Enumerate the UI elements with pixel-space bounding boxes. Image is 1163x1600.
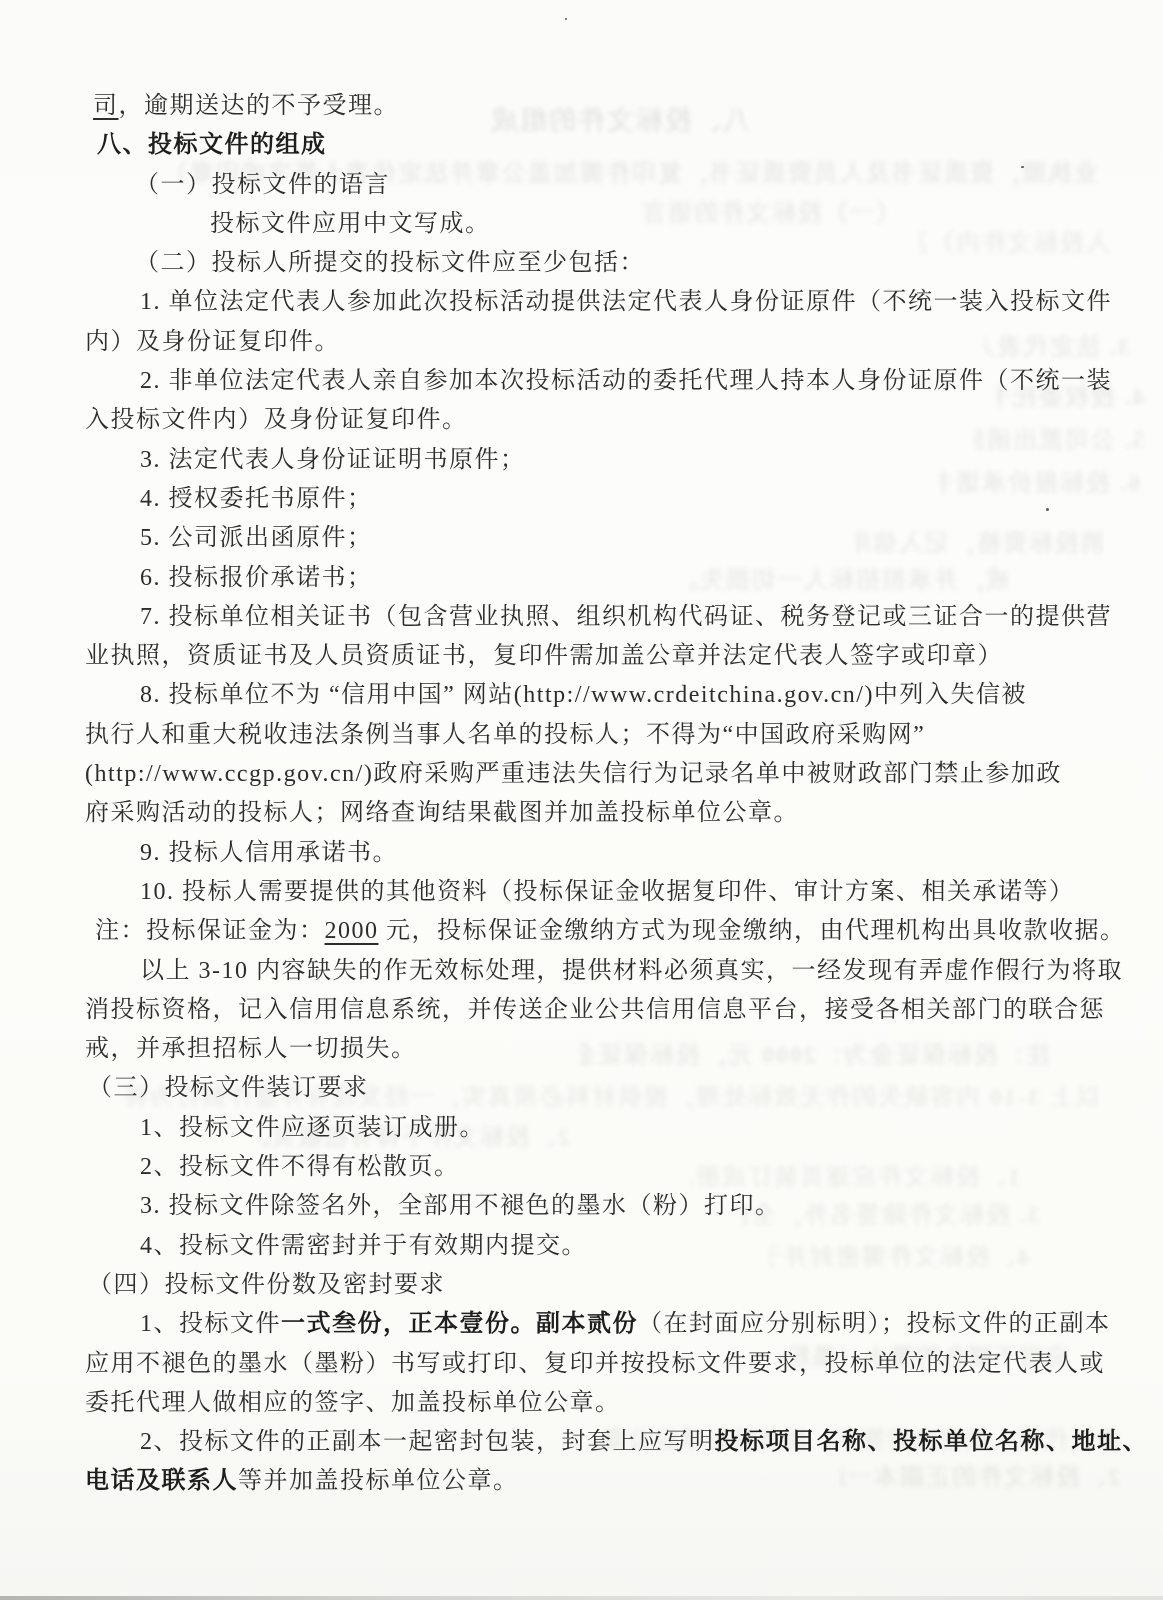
text-line-27: 1、投标文件应逐页装订成册。 <box>85 1109 1125 1148</box>
text-run: 10. 投标人需要提供的其他资料（投标保证金收据复印件、审计方案、相关承诺等） <box>140 879 1075 905</box>
text-line-30: 4、投标文件需密封并于有效期内提交。 <box>85 1227 1125 1266</box>
text-run: 4. 授权委托书原件； <box>140 486 373 512</box>
bold-text: 八、投标文件的组成 <box>97 132 327 158</box>
text-run: 注：投标保证金为： <box>95 918 325 944</box>
text-run: 等并加盖投标单位公章。 <box>238 1468 519 1494</box>
text-line-18: (http://www.ccgp.gov.cn/)政府采购严重违法失信行为记录名… <box>85 755 1125 794</box>
text-line-35: 2、投标文件的正副本一起密封包装，封套上应写明投标项目名称、投标单位名称、地址、 <box>85 1423 1125 1462</box>
text-run: ，逾期送达的不予受理。 <box>119 93 400 119</box>
text-line-3: （一）投标文件的语言 <box>85 166 1125 205</box>
text-line-13: 6. 投标报价承诺书； <box>85 559 1125 598</box>
scan-speck <box>1046 508 1049 511</box>
scan-speck <box>1021 166 1024 168</box>
text-line-29: 3. 投标文件除签名外，全部用不褪色的墨水（粉）打印。 <box>85 1187 1125 1226</box>
text-run: 消投标资格，记入信用信息系统，并传送企业公共信用信息平台，接受各相关部门的联合惩 <box>85 997 1105 1023</box>
document-content: 司，逾期送达的不予受理。八、投标文件的组成（一）投标文件的语言投标文件应用中文写… <box>85 87 1125 1502</box>
text-run: 2. 非单位法定代表人亲自参加本次投标活动的委托代理人持本人身份证原件（不统一装 <box>140 368 1112 394</box>
text-run: 业执照，资质证书及人员资质证书，复印件需加盖公章并法定代表人签字或印章） <box>85 643 1003 669</box>
text-run: 1. 单位法定代表人参加此次投标活动提供法定代表人身份证原件（不统一装入投标文件 <box>140 289 1112 315</box>
text-line-28: 2、投标文件不得有松散页。 <box>85 1148 1125 1187</box>
text-run: 投标文件应用中文写成。 <box>210 211 491 237</box>
text-run: 5. 公司派出函原件； <box>140 525 373 551</box>
text-run: 内）及身份证复印件。 <box>85 329 340 355</box>
text-line-8: 2. 非单位法定代表人亲自参加本次投标活动的委托代理人持本人身份证原件（不统一装 <box>85 362 1125 401</box>
text-run: 委托代理人做相应的签字、加盖投标单位公章。 <box>85 1390 621 1416</box>
text-line-19: 府采购活动的投标人；网络查询结果截图并加盖投标单位公章。 <box>85 794 1125 833</box>
text-line-16: 8. 投标单位不为 “信用中国” 网站(http://www.crdeitchi… <box>85 676 1125 715</box>
text-line-14: 7. 投标单位相关证书（包含营业执照、组织机构代码证、税务登记或三证合一的提供营 <box>85 598 1125 637</box>
text-line-10: 3. 法定代表人身份证证明书原件； <box>85 441 1125 480</box>
text-line-17: 执行人和重大税收违法条例当事人名单的投标人；不得为“中国政府采购网” <box>85 716 1125 755</box>
text-line-36: 电话及联系人等并加盖投标单位公章。 <box>85 1462 1125 1501</box>
text-line-4: 投标文件应用中文写成。 <box>85 205 1125 244</box>
text-run: 1、投标文件应逐页装订成册。 <box>140 1115 485 1141</box>
text-line-25: 戒，并承担招标人一切损失。 <box>85 1030 1125 1069</box>
text-run: 2、投标文件不得有松散页。 <box>140 1154 460 1180</box>
text-line-7: 内）及身份证复印件。 <box>85 323 1125 362</box>
text-run: 应用不褪色的墨水（墨粉）书写或打印、复印并按投标文件要求，投标单位的法定代表人或 <box>85 1351 1105 1377</box>
text-run: 9. 投标人信用承诺书。 <box>140 840 398 866</box>
scan-speck <box>565 18 567 20</box>
text-run: （在封面应分别标明）；投标文件的正副本 <box>638 1311 1111 1337</box>
text-line-22: 注：投标保证金为：2000 元，投标保证金缴纳方式为现金缴纳，由代理机构出具收款… <box>85 912 1125 951</box>
scanned-document-page: 八、投标文件的组成业执照，资质证书及人员资质证书，复印件需加盖公章并法定代表人签… <box>0 0 1163 1600</box>
text-line-15: 业执照，资质证书及人员资质证书，复印件需加盖公章并法定代表人签字或印章） <box>85 637 1125 676</box>
text-run: 3. 法定代表人身份证证明书原件； <box>140 447 526 473</box>
text-run: 戒，并承担招标人一切损失。 <box>85 1036 417 1062</box>
underlined-text: 2000 <box>325 918 379 944</box>
text-run: （三）投标文件装订要求 <box>88 1075 369 1101</box>
text-line-12: 5. 公司派出函原件； <box>85 519 1125 558</box>
text-line-1: 司，逾期送达的不予受理。 <box>85 87 1125 126</box>
text-line-32: 1、投标文件一式叁份，正本壹份。副本贰份（在封面应分别标明）；投标文件的正副本 <box>85 1305 1125 1344</box>
text-line-31: （四）投标文件份数及密封要求 <box>85 1266 1125 1305</box>
scan-edge <box>0 1596 1163 1600</box>
text-run: 府采购活动的投标人；网络查询结果截图并加盖投标单位公章。 <box>85 800 799 826</box>
text-line-23: 以上 3-10 内容缺失的作无效标处理，提供材料必须真实，一经发现有弄虚作假行为… <box>85 952 1125 991</box>
text-line-6: 1. 单位法定代表人参加此次投标活动提供法定代表人身份证原件（不统一装入投标文件 <box>85 283 1125 322</box>
text-run: 以上 3-10 内容缺失的作无效标处理，提供材料必须真实，一经发现有弄虚作假行为… <box>140 958 1123 984</box>
text-run: 4、投标文件需密封并于有效期内提交。 <box>140 1233 587 1259</box>
text-line-21: 10. 投标人需要提供的其他资料（投标保证金收据复印件、审计方案、相关承诺等） <box>85 873 1125 912</box>
text-run: 7. 投标单位相关证书（包含营业执照、组织机构代码证、税务登记或三证合一的提供营 <box>140 604 1112 630</box>
text-run: 入投标文件内）及身份证复印件。 <box>85 407 468 433</box>
text-run: 2、投标文件的正副本一起密封包装，封套上应写明 <box>140 1429 715 1455</box>
text-run: （四）投标文件份数及密封要求 <box>88 1272 445 1298</box>
underlined-text: 司 <box>93 93 119 119</box>
text-run: (http://www.ccgp.gov.cn/)政府采购严重违法失信行为记录名… <box>85 761 1062 787</box>
text-line-26: （三）投标文件装订要求 <box>85 1069 1125 1108</box>
text-line-33: 应用不褪色的墨水（墨粉）书写或打印、复印并按投标文件要求，投标单位的法定代表人或 <box>85 1345 1125 1384</box>
text-run: 1、投标文件 <box>140 1311 281 1337</box>
text-line-5: （二）投标人所提交的投标文件应至少包括： <box>85 244 1125 283</box>
text-run: 6. 投标报价承诺书； <box>140 565 373 591</box>
text-run: 8. 投标单位不为 “信用中国” 网站(http://www.crdeitchi… <box>140 682 1027 708</box>
text-line-24: 消投标资格，记入信用信息系统，并传送企业公共信用信息平台，接受各相关部门的联合惩 <box>85 991 1125 1030</box>
text-line-2: 八、投标文件的组成 <box>85 126 1125 165</box>
bold-text: 电话及联系人 <box>85 1468 238 1494</box>
text-run: （二）投标人所提交的投标文件应至少包括： <box>135 250 645 276</box>
text-line-20: 9. 投标人信用承诺书。 <box>85 834 1125 873</box>
text-run: 执行人和重大税收违法条例当事人名单的投标人；不得为“中国政府采购网” <box>85 722 925 748</box>
text-run: 元，投标保证金缴纳方式为现金缴纳，由代理机构出具收款收据。 <box>379 918 1126 944</box>
text-line-34: 委托代理人做相应的签字、加盖投标单位公章。 <box>85 1384 1125 1423</box>
bold-text: 投标项目名称、投标单位名称、地址、 <box>715 1429 1149 1455</box>
text-line-9: 入投标文件内）及身份证复印件。 <box>85 401 1125 440</box>
bold-text: 一式叁份，正本壹份。副本贰份 <box>281 1311 638 1337</box>
text-line-11: 4. 授权委托书原件； <box>85 480 1125 519</box>
text-run: 3. 投标文件除签名外，全部用不褪色的墨水（粉）打印。 <box>140 1193 781 1219</box>
text-run: （一）投标文件的语言 <box>135 172 390 198</box>
